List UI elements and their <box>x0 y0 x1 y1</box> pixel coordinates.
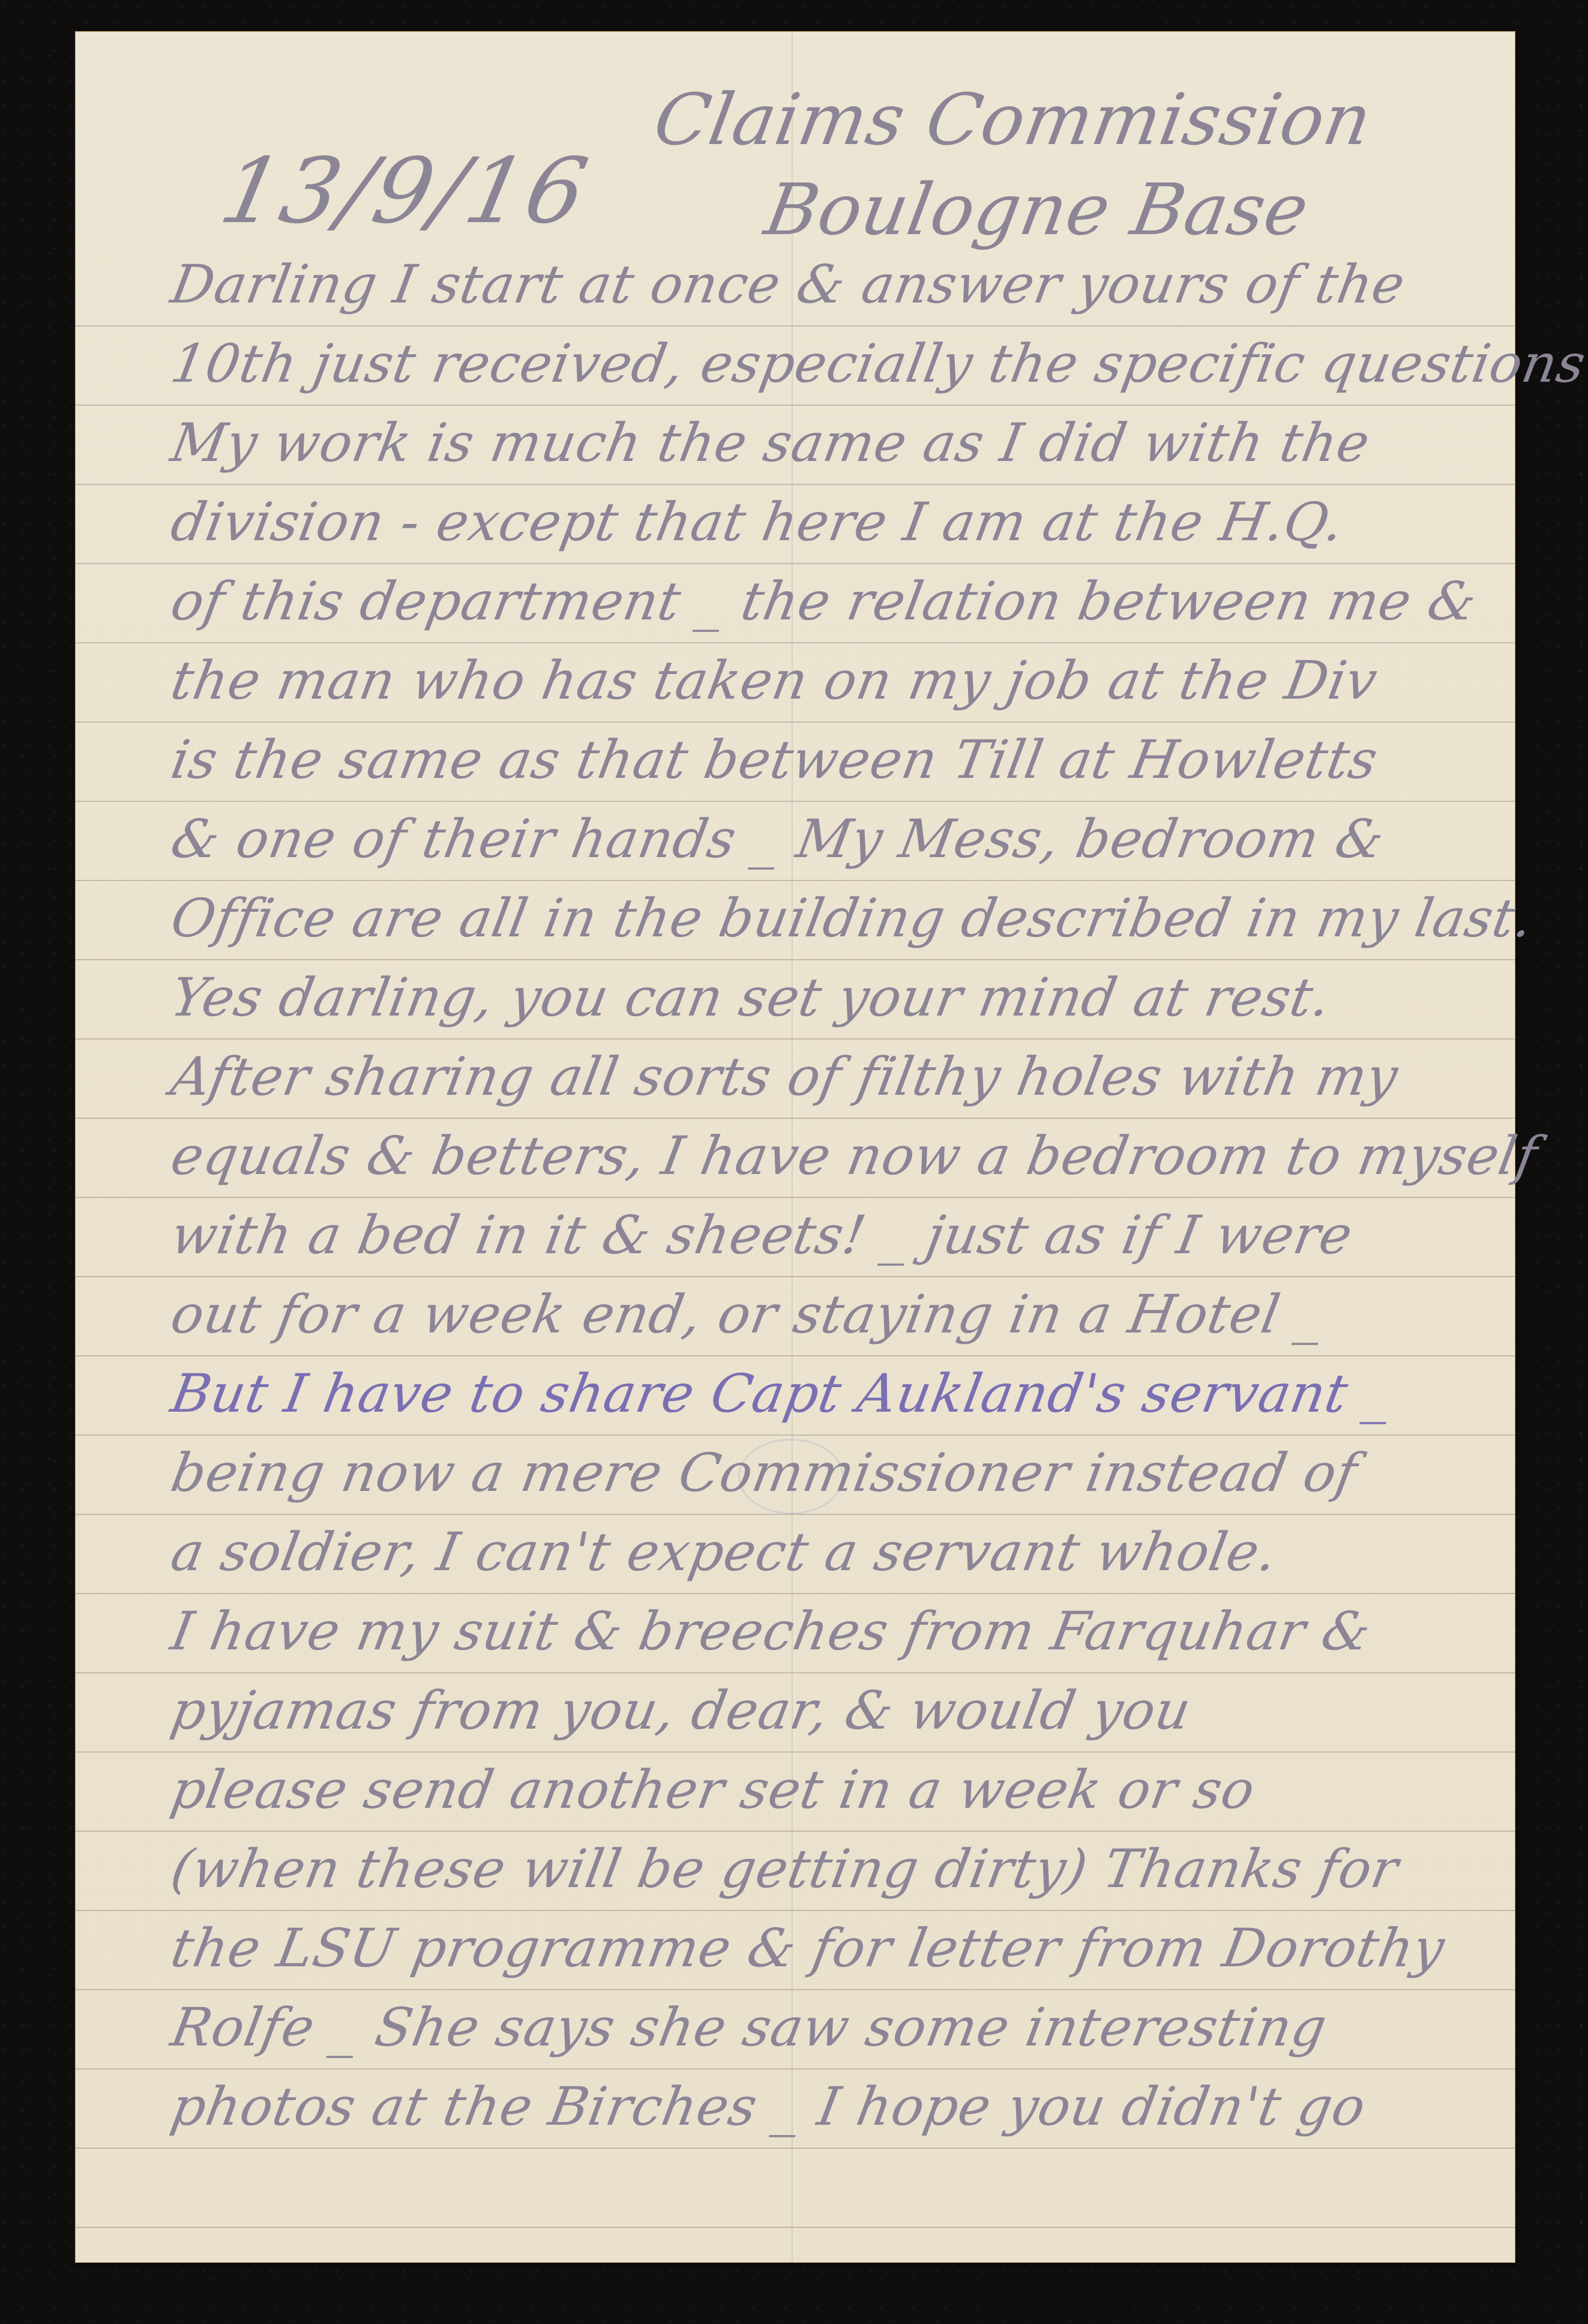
letter-line-8: & one of their hands _ My Mess, bedroom … <box>165 799 1391 879</box>
rule-line <box>75 2227 1515 2228</box>
letter-line-22: the LSU programme & for letter from Doro… <box>165 1909 1451 1988</box>
rule-line <box>75 2148 1515 2149</box>
letter-line-14: out for a week end, or staying in a Hote… <box>165 1275 1331 1354</box>
letter-line-17: a soldier, I can't expect a servant whol… <box>165 1513 1283 1592</box>
letter-line-10: Yes darling, you can set your mind at re… <box>165 958 1337 1037</box>
letter-address-line-2: Boulogne Base <box>759 168 1315 251</box>
letter-line-3: My work is much the same as I did with t… <box>165 403 1376 483</box>
letter-line-23: Rolfe _ She says she saw some interestin… <box>165 1988 1333 2067</box>
letter-sheet: 13/9/16 Claims Commission Boulogne Base … <box>75 31 1515 2263</box>
letter-line-13: with a bed in it & sheets! _ just as if … <box>165 1196 1359 1275</box>
letter-line-12: equals & betters, I have now a bedroom t… <box>165 1116 1544 1196</box>
letter-line-4: division - except that here I am at the … <box>165 483 1350 562</box>
letter-date: 13/9/16 <box>212 139 598 244</box>
letter-line-1: Darling I start at once & answer yours o… <box>165 245 1412 324</box>
letter-line-20: please send another set in a week or so <box>165 1750 1262 1829</box>
letter-line-7: is the same as that between Till at Howl… <box>165 720 1384 799</box>
letter-line-2: 10th just received, especially the speci… <box>165 324 1588 403</box>
letter-address-line-1: Claims Commission <box>648 78 1378 161</box>
letter-line-9: Office are all in the building described… <box>165 879 1539 958</box>
letter-line-19: pyjamas from you, dear, & would you <box>165 1671 1197 1750</box>
letter-line-5: of this department _ the relation betwee… <box>165 562 1483 641</box>
letter-line-16: being now a mere Commissioner instead of <box>165 1433 1364 1513</box>
letter-line-21: (when these will be getting dirty) Thank… <box>165 1829 1405 1909</box>
letter-line-15: But I have to share Capt Aukland's serva… <box>165 1354 1399 1433</box>
letter-line-6: the man who has taken on my job at the D… <box>165 641 1384 720</box>
letter-line-11: After sharing all sorts of filthy holes … <box>165 1037 1404 1116</box>
letter-line-18: I have my suit & breeches from Farquhar … <box>165 1592 1377 1671</box>
letter-line-24: photos at the Birches _ I hope you didn'… <box>165 2067 1372 2146</box>
